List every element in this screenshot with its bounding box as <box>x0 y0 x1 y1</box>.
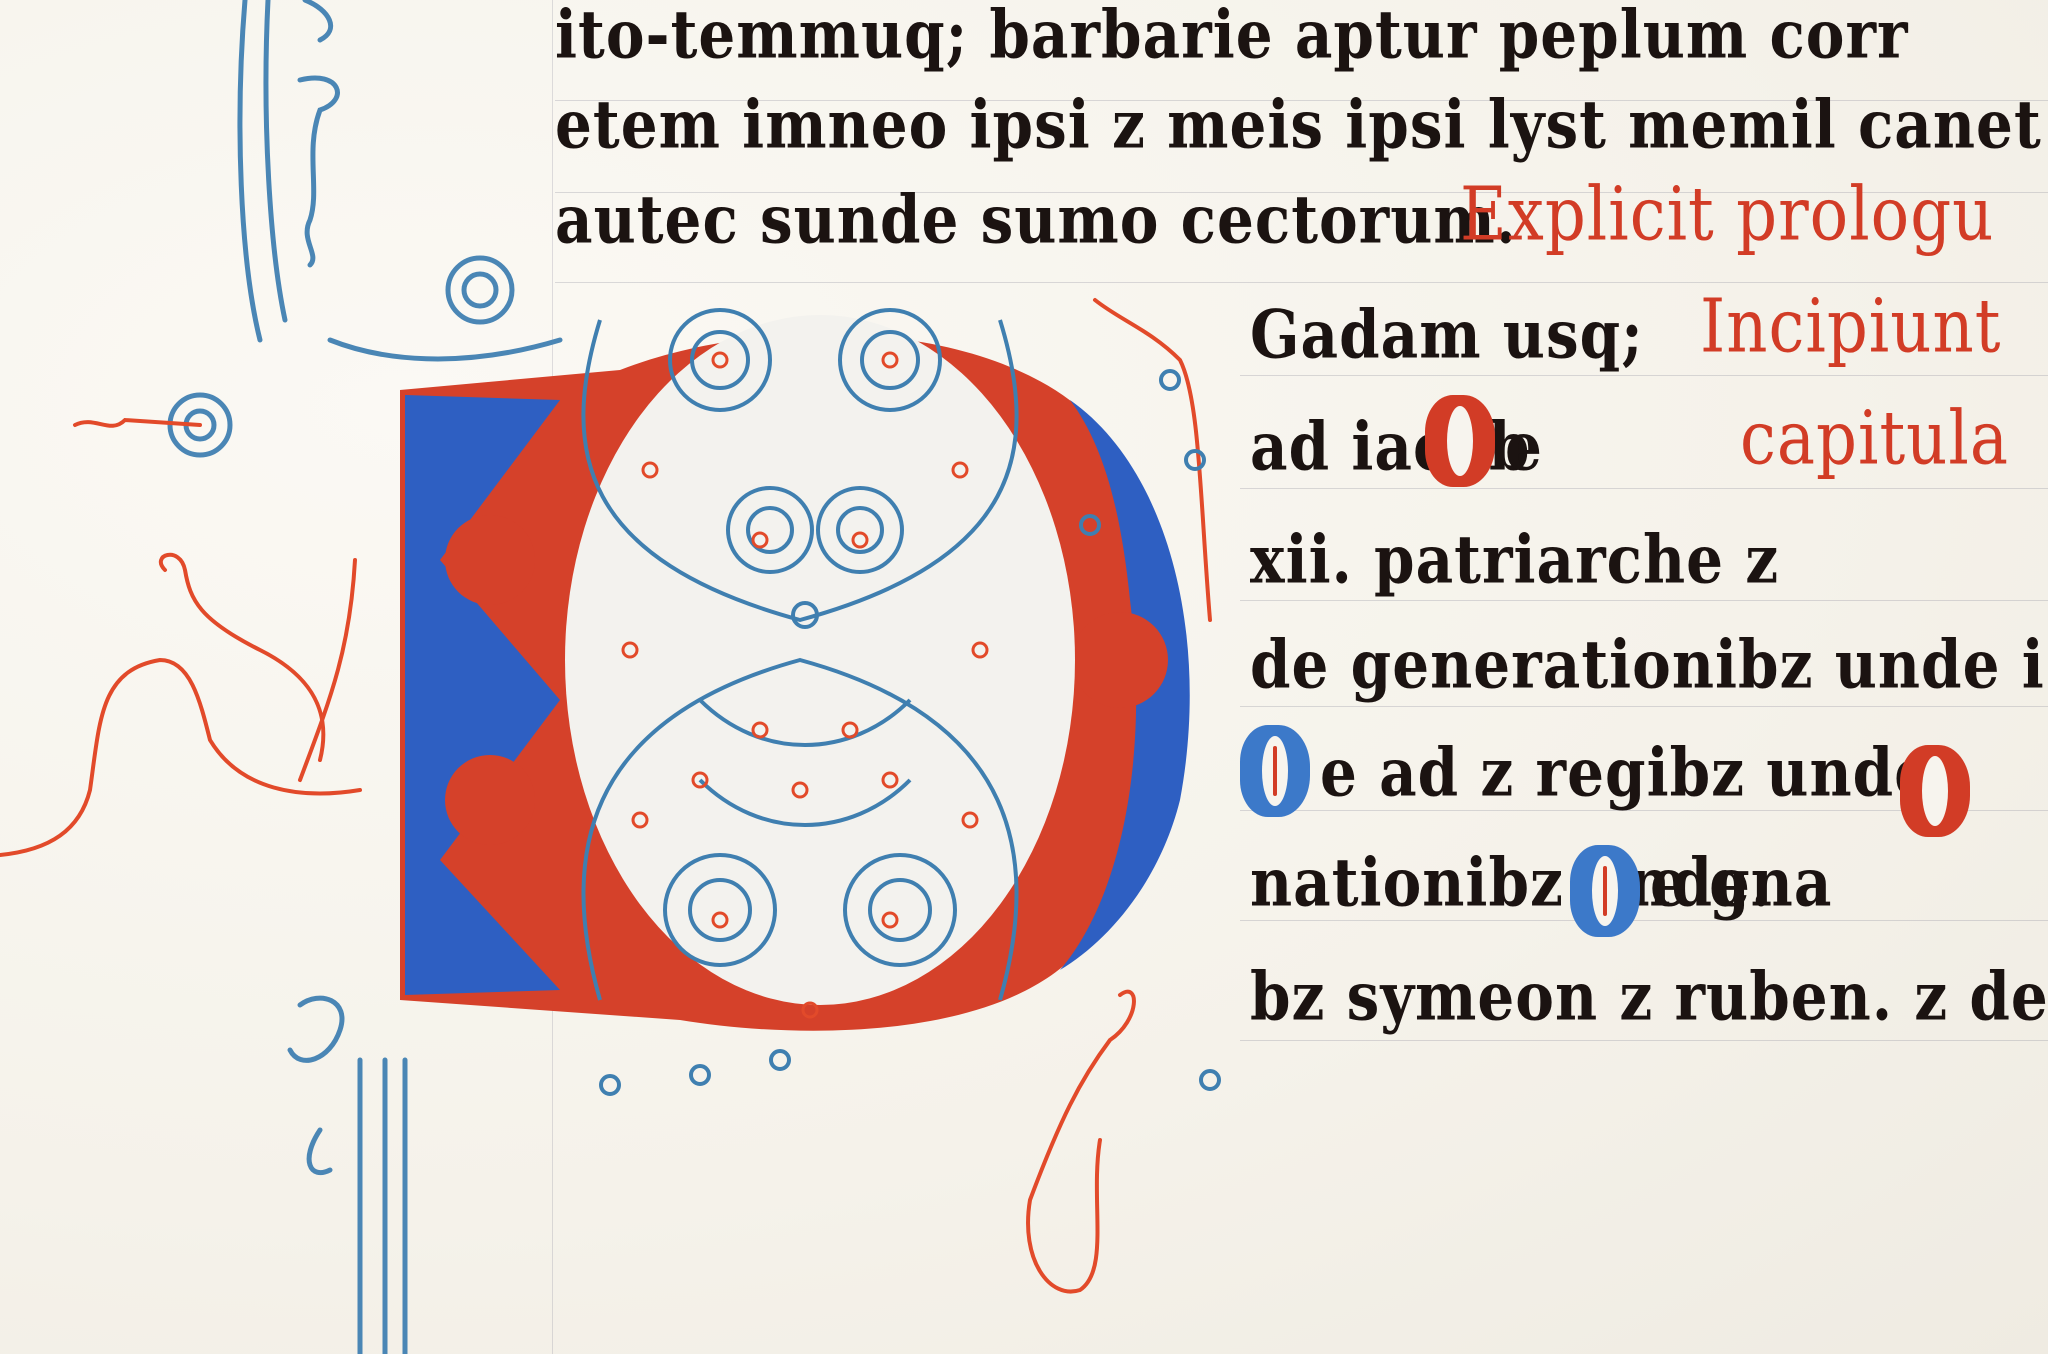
illuminated-initial-d <box>0 0 2048 1354</box>
initial-counter <box>565 315 1075 1005</box>
manuscript-page: ito-temmuq; barbarie aptur peplum corr e… <box>0 0 2048 1354</box>
